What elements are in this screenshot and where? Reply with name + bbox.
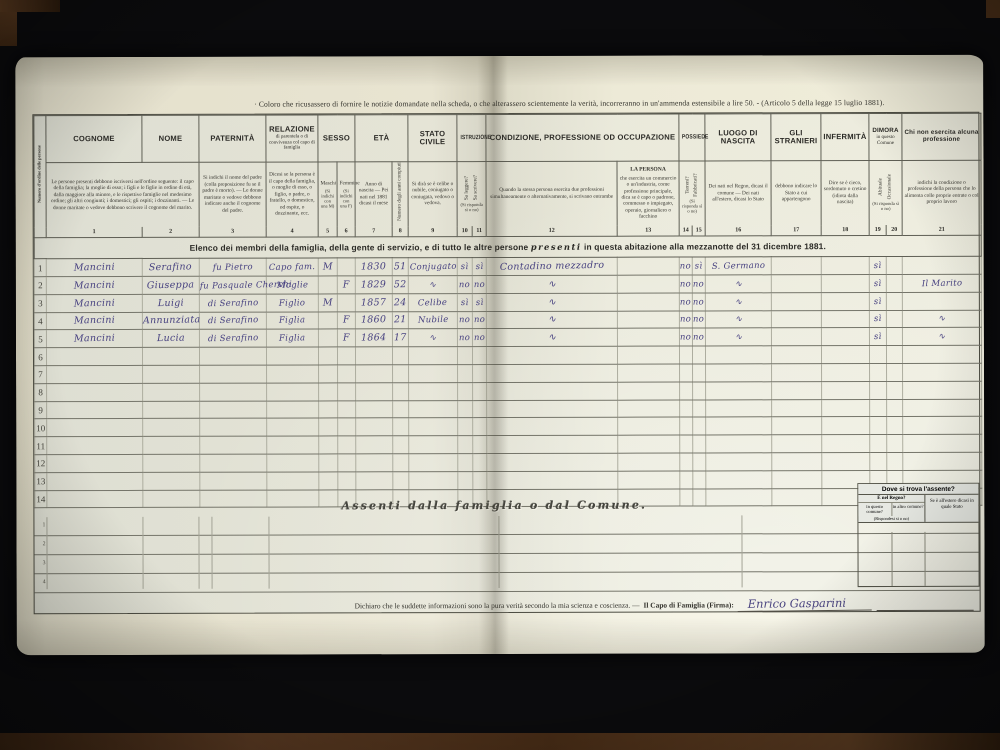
col-header-stranieri: GLI STRANIERI bbox=[771, 114, 821, 161]
cell-infermita bbox=[821, 310, 869, 328]
cell-stranieri bbox=[772, 364, 822, 382]
cell-fabbricati bbox=[693, 399, 706, 417]
cell-dimora-occasionale bbox=[886, 274, 902, 292]
cell-maschio bbox=[319, 400, 338, 418]
cell-infermita bbox=[822, 399, 870, 417]
cell-condizione bbox=[487, 418, 618, 436]
absent-box-q1: in questo comune? bbox=[858, 503, 892, 516]
cell-fabbricati bbox=[693, 417, 706, 435]
cell-nome: Luigi bbox=[142, 294, 199, 312]
cell-terreni: no bbox=[679, 328, 692, 346]
census-table: Numero d'ordine delle persone COGNOME NO… bbox=[33, 113, 982, 509]
cell-persona bbox=[618, 400, 680, 418]
absent-section-title: Assenti dalla famiglia o dal Comune. bbox=[214, 498, 774, 512]
legal-warning-line: · Coloro che ricusassero di fornire le n… bbox=[163, 98, 975, 109]
cell-luogo-nascita bbox=[706, 417, 772, 435]
cell-dimora-abituale: sì bbox=[869, 328, 886, 346]
cell-dimora-abituale bbox=[870, 399, 887, 417]
cell-chi-non-esercita bbox=[902, 256, 981, 274]
cell-fabbricati: sì bbox=[692, 257, 705, 275]
cell-persona bbox=[618, 453, 680, 471]
cell-stranieri bbox=[771, 257, 821, 275]
cell-femmina bbox=[337, 294, 355, 312]
cell-dimora-occasionale bbox=[887, 452, 903, 470]
cell-paternita bbox=[199, 347, 266, 365]
cell-cognome: Mancini bbox=[46, 259, 142, 277]
cell-anno-nascita: 1864 bbox=[355, 329, 392, 347]
cell-luogo-nascita bbox=[706, 470, 772, 488]
absent-location-box: Dove si trova l'assente? È nel Regno? in… bbox=[857, 483, 979, 587]
cell-chi-non-esercita bbox=[903, 381, 982, 399]
ruling-line bbox=[46, 517, 47, 589]
col-header-relazione: RELAZIONEdi parentela o di convivenza co… bbox=[266, 115, 318, 162]
cell-sa-scrivere bbox=[473, 471, 487, 489]
cell-condizione: ∿ bbox=[486, 275, 617, 293]
cell-stranieri bbox=[772, 399, 822, 417]
cell-condizione bbox=[487, 453, 618, 471]
cell-maschio bbox=[319, 383, 338, 401]
col-header-sesso: SESSO bbox=[318, 115, 355, 162]
census-sheet: · Coloro che ricusassero di fornire le n… bbox=[15, 55, 985, 656]
cell-paternita: di Serafino bbox=[199, 294, 266, 312]
cell-femmina: F bbox=[337, 329, 355, 347]
cell-cognome: Mancini bbox=[46, 294, 142, 312]
cell-relazione bbox=[267, 365, 319, 383]
cell-dimora-occasionale bbox=[886, 310, 902, 328]
ruling-line bbox=[198, 517, 199, 589]
col-header-condizione: CONDIZIONE, PROFESSIONE OD OCCUPAZIONE bbox=[486, 114, 679, 162]
cell-paternita bbox=[200, 472, 267, 490]
cell-fabbricati: no bbox=[692, 293, 705, 311]
cell-stranieri bbox=[772, 417, 822, 435]
desc-istruzione: Sa leggere?Sa scrivere? (Si risponda sì … bbox=[457, 162, 486, 226]
cell-femmina bbox=[338, 365, 356, 383]
cell-cognome bbox=[47, 383, 143, 401]
cell-dimora-occasionale bbox=[886, 328, 902, 346]
cell-nome bbox=[143, 454, 200, 472]
cell-sa-leggere bbox=[458, 382, 473, 400]
cell-dimora-abituale bbox=[870, 363, 887, 381]
cell-anni bbox=[393, 418, 409, 436]
cell-stranieri bbox=[772, 346, 822, 364]
cell-condizione bbox=[487, 346, 618, 364]
absent-box-estero: Se è all'estero dicasi in quale Stato bbox=[925, 495, 978, 522]
cell-infermita bbox=[821, 328, 869, 346]
cell-luogo-nascita: ∿ bbox=[705, 328, 771, 346]
cell-dimora-abituale bbox=[870, 381, 887, 399]
cell-cognome bbox=[47, 365, 143, 383]
desc-condizione-12: Quando la stessa persona esercita due pr… bbox=[486, 161, 617, 225]
cell-paternita: di Serafino bbox=[199, 312, 266, 330]
cell-nome bbox=[143, 436, 200, 454]
desc-infermita: Dire se è cieco, sordomuto o cretino (id… bbox=[821, 161, 869, 225]
cell-maschio: M bbox=[318, 294, 337, 312]
cell-anno-nascita: 1829 bbox=[355, 276, 392, 294]
cell-nome: Giuseppa bbox=[142, 276, 199, 294]
wood-table-edge bbox=[0, 733, 1000, 750]
desc-relazione: Dicesi se la persona è il capo della fam… bbox=[266, 162, 318, 226]
cell-anni: 52 bbox=[392, 276, 408, 294]
cell-sa-leggere bbox=[458, 347, 473, 365]
cell-cognome bbox=[47, 419, 143, 437]
cell-nome: Serafino bbox=[142, 258, 199, 276]
cell-femmina bbox=[337, 347, 355, 365]
cell-maschio bbox=[318, 311, 337, 329]
cell-fabbricati bbox=[693, 471, 706, 489]
cell-persona bbox=[618, 364, 680, 382]
cell-anni bbox=[392, 347, 408, 365]
wood-table-edge bbox=[986, 0, 1000, 18]
cell-fabbricati bbox=[693, 382, 706, 400]
ruling-line bbox=[924, 532, 925, 586]
cell-persona bbox=[618, 435, 680, 453]
cell-maschio bbox=[319, 454, 338, 472]
cell-terreni: no bbox=[679, 275, 692, 293]
cell-chi-non-esercita bbox=[903, 399, 982, 417]
cell-luogo-nascita: ∿ bbox=[705, 310, 771, 328]
cell-persona bbox=[618, 346, 680, 364]
cell-condizione: ∿ bbox=[486, 311, 617, 329]
cell-anni bbox=[393, 454, 409, 472]
cell-terreni bbox=[680, 364, 693, 382]
census-table-frame: Numero d'ordine delle persone COGNOME NO… bbox=[32, 112, 980, 614]
cell-cognome: Mancini bbox=[46, 276, 142, 294]
cell-sa-leggere bbox=[458, 453, 473, 471]
cell-relazione: Figlia bbox=[266, 312, 318, 330]
cell-anno-nascita: 1857 bbox=[355, 294, 392, 312]
cell-dimora-occasionale bbox=[887, 363, 903, 381]
cell-fabbricati: no bbox=[692, 310, 705, 328]
wood-table-edge bbox=[0, 0, 60, 12]
absent-row: 3 bbox=[35, 553, 980, 574]
ruling-line bbox=[741, 515, 742, 587]
cell-fabbricati bbox=[693, 364, 706, 382]
cell-relazione bbox=[267, 400, 319, 418]
cell-nome: Annunziata bbox=[142, 312, 199, 330]
cell-nome bbox=[143, 490, 200, 508]
cell-persona bbox=[617, 293, 679, 311]
cell-infermita bbox=[822, 381, 870, 399]
col-header-stato-civile: STATO CIVILE bbox=[408, 115, 457, 162]
cell-stato-civile bbox=[409, 454, 458, 472]
cell-stato-civile bbox=[409, 347, 458, 365]
cell-persona bbox=[617, 311, 679, 329]
cell-anni bbox=[393, 382, 409, 400]
cell-sa-scrivere bbox=[473, 436, 487, 454]
cell-anni: 17 bbox=[392, 329, 408, 347]
cell-luogo-nascita: ∿ bbox=[705, 275, 771, 293]
cell-sa-scrivere: sì bbox=[472, 293, 486, 311]
desc-dimora: AbitualeOccasionale (Si risponda sì o no… bbox=[869, 160, 902, 224]
cell-paternita bbox=[200, 418, 267, 436]
cell-femmina bbox=[338, 454, 356, 472]
cell-paternita bbox=[200, 454, 267, 472]
cell-fabbricati bbox=[693, 453, 706, 471]
cell-sa-leggere: no bbox=[457, 311, 472, 329]
cell-relazione: Figlio bbox=[266, 294, 318, 312]
head-of-family-signature: Enrico Gasparini bbox=[738, 595, 873, 612]
signature-line bbox=[876, 609, 973, 611]
cell-nome bbox=[143, 383, 200, 401]
desc-condizione-13: LA PERSONAche esercita un commercio o un… bbox=[617, 161, 679, 225]
cell-persona bbox=[618, 471, 680, 489]
absent-box-title: Dove si trova l'assente? bbox=[858, 484, 978, 495]
cell-sa-scrivere bbox=[473, 382, 487, 400]
cell-chi-non-esercita: Il Marito bbox=[902, 274, 981, 292]
cell-persona bbox=[618, 382, 680, 400]
cell-sa-scrivere bbox=[473, 347, 487, 365]
cell-chi-non-esercita bbox=[903, 434, 982, 452]
cell-dimora-abituale: sì bbox=[869, 310, 886, 328]
cell-terreni: no bbox=[679, 257, 692, 275]
cell-dimora-abituale bbox=[870, 346, 887, 364]
cell-luogo-nascita bbox=[706, 399, 772, 417]
cell-luogo-nascita bbox=[706, 346, 772, 364]
cell-anno-nascita bbox=[356, 471, 393, 489]
cell-fabbricati bbox=[693, 435, 706, 453]
cell-stranieri bbox=[771, 328, 821, 346]
declaration-row: Dichiaro che le suddette informazioni so… bbox=[355, 593, 974, 613]
desc-stato-civile: Si dirà se è celibe o nubile, coniugato … bbox=[408, 162, 457, 226]
col-header-dimora: DIMORAin questo Comune bbox=[869, 113, 902, 160]
cell-stranieri bbox=[772, 470, 822, 488]
cell-anni bbox=[393, 365, 409, 383]
cell-nome bbox=[143, 472, 200, 490]
cell-nome: Lucia bbox=[142, 330, 199, 348]
col-header-paternita: PATERNITÀ bbox=[199, 115, 266, 162]
declaration-text: Dichiaro che le suddette informazioni so… bbox=[355, 601, 640, 613]
cell-sa-leggere bbox=[458, 400, 473, 418]
cell-terreni bbox=[680, 471, 693, 489]
cell-condizione: ∿ bbox=[486, 329, 617, 347]
cell-sa-leggere bbox=[458, 418, 473, 436]
cell-stato-civile: Conjugato bbox=[408, 258, 457, 276]
cell-anni: 24 bbox=[392, 293, 408, 311]
cell-paternita: fu Pietro bbox=[199, 258, 266, 276]
cell-stranieri bbox=[772, 453, 822, 471]
cell-condizione: Contadino mezzadro bbox=[486, 257, 617, 275]
col-header-nome: NOME bbox=[142, 115, 199, 162]
cell-anni bbox=[393, 471, 409, 489]
cell-dimora-occasionale bbox=[887, 381, 903, 399]
cell-paternita bbox=[200, 401, 267, 419]
cell-relazione bbox=[267, 383, 319, 401]
cell-maschio bbox=[318, 329, 337, 347]
desc-maschi: Maschi(Si indichi con una M) bbox=[318, 162, 337, 226]
cell-dimora-occasionale bbox=[887, 417, 903, 435]
cell-stato-civile bbox=[409, 400, 458, 418]
cell-stato-civile bbox=[409, 382, 458, 400]
cell-condizione bbox=[487, 400, 618, 418]
cell-sa-leggere bbox=[458, 471, 473, 489]
cell-femmina: F bbox=[337, 276, 355, 294]
cell-stranieri bbox=[771, 292, 821, 310]
cell-cognome: Mancini bbox=[46, 312, 142, 330]
cell-chi-non-esercita: ∿ bbox=[902, 310, 981, 328]
cell-condizione bbox=[487, 364, 618, 382]
cell-chi-non-esercita bbox=[903, 417, 982, 435]
cell-persona bbox=[618, 417, 680, 435]
cell-infermita bbox=[821, 274, 869, 292]
cell-anni: 21 bbox=[392, 311, 408, 329]
cell-maschio bbox=[319, 472, 338, 490]
cell-maschio bbox=[318, 347, 337, 365]
col-header-infermita: INFERMITÀ bbox=[821, 114, 869, 161]
cell-infermita bbox=[822, 346, 870, 364]
cell-condizione bbox=[487, 382, 618, 400]
cell-relazione bbox=[267, 436, 319, 454]
col-header-chi-non-esercita: Chi non esercita alcuna professione bbox=[902, 113, 981, 160]
cell-relazione bbox=[267, 454, 319, 472]
cell-relazione bbox=[267, 472, 319, 490]
cell-stranieri bbox=[772, 435, 822, 453]
cell-stranieri bbox=[771, 310, 821, 328]
cell-chi-non-esercita bbox=[903, 363, 982, 381]
cell-luogo-nascita bbox=[706, 364, 772, 382]
cell-persona bbox=[617, 275, 679, 293]
cell-condizione bbox=[487, 471, 618, 489]
cell-luogo-nascita: ∿ bbox=[705, 293, 771, 311]
cell-chi-non-esercita bbox=[903, 345, 982, 363]
section-banner-presenti: Elenco dei membri della famiglia, della … bbox=[34, 235, 981, 258]
cell-maschio bbox=[319, 365, 338, 383]
cell-stranieri bbox=[772, 488, 822, 506]
cell-anni: 51 bbox=[392, 258, 408, 276]
cell-sa-scrivere bbox=[473, 400, 487, 418]
cell-anno-nascita bbox=[356, 400, 393, 418]
cell-fabbricati: no bbox=[692, 275, 705, 293]
cell-nome bbox=[143, 401, 200, 419]
cell-dimora-occasionale bbox=[887, 399, 903, 417]
cell-stranieri bbox=[771, 275, 821, 293]
cell-relazione bbox=[266, 347, 318, 365]
declaration-signature-label: Il Capo di Famiglia (Firma): bbox=[643, 600, 733, 611]
cell-dimora-abituale: sì bbox=[869, 257, 886, 275]
absent-persons-rows: 1 2 3 4 bbox=[34, 515, 979, 593]
cell-sa-leggere: sì bbox=[457, 293, 472, 311]
cell-cognome bbox=[47, 401, 143, 419]
row-number-column-header: Numero d'ordine delle persone bbox=[34, 116, 46, 238]
cell-sa-leggere: no bbox=[457, 276, 472, 294]
desc-stranieri: debbono indicare lo Stato a cui apparten… bbox=[771, 161, 821, 225]
cell-dimora-abituale bbox=[870, 417, 887, 435]
cell-infermita bbox=[821, 292, 869, 310]
col-header-luogo-nascita: LUOGO DI NASCITA bbox=[705, 114, 771, 161]
cell-femmina bbox=[338, 472, 356, 490]
ruling-line bbox=[891, 532, 892, 586]
cell-persona bbox=[617, 257, 679, 275]
cell-chi-non-esercita: ∿ bbox=[903, 328, 982, 346]
cell-sa-leggere: sì bbox=[457, 258, 472, 276]
cell-femmina bbox=[337, 258, 355, 276]
cell-chi-non-esercita bbox=[902, 292, 981, 310]
cell-dimora-occasionale bbox=[886, 292, 902, 310]
desc-anni-compiuti: Numero degli anni compiuti bbox=[392, 162, 408, 226]
col-header-cognome: COGNOME bbox=[46, 115, 142, 162]
cell-terreni: no bbox=[679, 311, 692, 329]
cell-terreni bbox=[680, 382, 693, 400]
cell-stranieri bbox=[772, 381, 822, 399]
cell-femmina: F bbox=[337, 311, 355, 329]
cell-chi-non-esercita bbox=[903, 452, 982, 470]
ruling-line bbox=[211, 517, 212, 589]
cell-anni bbox=[393, 436, 409, 454]
cell-anno-nascita: 1830 bbox=[355, 258, 392, 276]
cell-anno-nascita bbox=[356, 418, 393, 436]
cell-anno-nascita bbox=[356, 383, 393, 401]
cell-anno-nascita bbox=[356, 365, 393, 383]
col-header-istruzione: ISTRUZIONE bbox=[457, 115, 486, 162]
col-header-eta: ETÀ bbox=[355, 115, 408, 162]
cell-infermita bbox=[822, 417, 870, 435]
cell-anni bbox=[393, 400, 409, 418]
cell-luogo-nascita bbox=[706, 382, 772, 400]
present-persons-rows: 1 Mancini Serafino fu Pietro Capo fam. M… bbox=[34, 256, 982, 508]
cell-dimora-abituale: sì bbox=[869, 274, 886, 292]
cell-stato-civile bbox=[409, 436, 458, 454]
cell-sa-scrivere: no bbox=[472, 275, 486, 293]
cell-dimora-occasionale bbox=[887, 435, 903, 453]
cell-terreni: no bbox=[679, 293, 692, 311]
cell-dimora-abituale bbox=[870, 452, 887, 470]
cell-infermita bbox=[821, 257, 869, 275]
absent-row: 4 bbox=[35, 572, 980, 593]
cell-cognome bbox=[46, 348, 142, 366]
cell-stato-civile: Celibe bbox=[408, 293, 457, 311]
desc-chi-non-esercita: indichi la condizione o professione dell… bbox=[902, 160, 981, 224]
col-header-possiede: POSSIEDE bbox=[679, 114, 705, 161]
cell-fabbricati: no bbox=[692, 328, 705, 346]
cell-condizione: ∿ bbox=[486, 293, 617, 311]
cell-infermita bbox=[822, 435, 870, 453]
cell-maschio bbox=[319, 436, 338, 454]
cell-anno-nascita bbox=[356, 454, 393, 472]
cell-sa-scrivere: no bbox=[472, 329, 486, 347]
cell-paternita bbox=[200, 365, 267, 383]
ruling-line bbox=[498, 516, 499, 588]
cell-sa-leggere bbox=[458, 364, 473, 382]
cell-stato-civile bbox=[409, 418, 458, 436]
photo-backdrop: · Coloro che ricusassero di fornire le n… bbox=[0, 0, 1000, 750]
cell-sa-scrivere bbox=[473, 418, 487, 436]
cell-stato-civile: ∿ bbox=[408, 276, 457, 294]
desc-possiede: Terreni?Fabbricati? (Si risponda sì o no… bbox=[679, 161, 705, 225]
cell-paternita: fu Pasquale Cherchi bbox=[199, 276, 266, 294]
cell-sa-scrivere: sì bbox=[472, 258, 486, 276]
cell-fabbricati bbox=[693, 346, 706, 364]
cell-sa-leggere: no bbox=[457, 329, 472, 347]
cell-cognome bbox=[47, 490, 143, 508]
cell-condizione bbox=[487, 435, 618, 453]
cell-anno-nascita bbox=[355, 347, 392, 365]
cell-terreni bbox=[680, 453, 693, 471]
cell-relazione: Figlia bbox=[266, 329, 318, 347]
cell-terreni bbox=[680, 435, 693, 453]
desc-cognome: Le persone presenti debbono iscriversi n… bbox=[46, 162, 199, 227]
absent-box-q2: in altro comune? bbox=[892, 503, 925, 516]
desc-paternita: Si indichi il nome del padre (colla prep… bbox=[199, 162, 266, 226]
cell-femmina bbox=[338, 383, 356, 401]
cell-luogo-nascita bbox=[706, 453, 772, 471]
cell-nome bbox=[142, 347, 199, 365]
cell-persona bbox=[617, 328, 679, 346]
cell-cognome bbox=[47, 472, 143, 490]
desc-anno-nascita: Anno di nascita — Pei nati nel 1881 dica… bbox=[355, 162, 392, 226]
cell-nome bbox=[143, 365, 200, 383]
cell-stato-civile: ∿ bbox=[408, 329, 457, 347]
cell-sa-scrivere bbox=[473, 364, 487, 382]
absent-box-regno: È nel Regno? bbox=[858, 495, 924, 503]
